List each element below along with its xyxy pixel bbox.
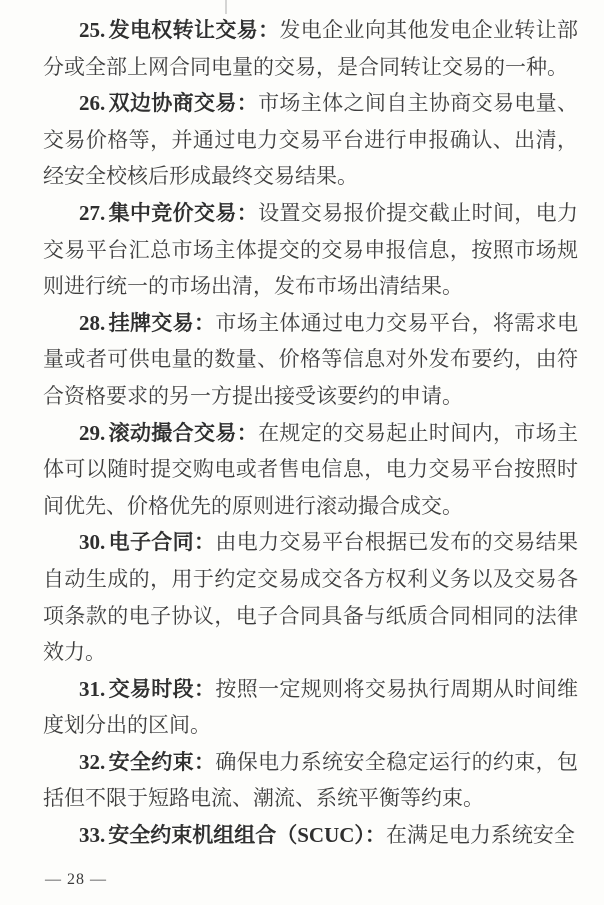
item-definition: 在满足电力系统安全 (386, 823, 575, 847)
item-term: 发电权转让交易： (108, 18, 279, 42)
item-number: 28. (79, 311, 105, 335)
document-body: 25.发电权转让交易：发电企业向其他发电企业转让部分或全部上网合同电量的交易，是… (43, 12, 578, 854)
item-number: 32. (79, 750, 105, 774)
item-number: 31. (79, 677, 105, 701)
item-number: 27. (79, 201, 105, 225)
item-term: 滚动撮合交易： (108, 421, 258, 445)
item-term: 交易时段： (108, 677, 215, 701)
item-term: 安全约束机组组合（SCUC）： (108, 823, 386, 847)
definition-item-32: 32.安全约束：确保电力系统安全稳定运行的约束，包括但不限于短路电流、潮流、系统… (43, 744, 578, 817)
item-number: 26. (79, 91, 105, 115)
definition-item-28: 28.挂牌交易：市场主体通过电力交易平台，将需求电量或者可供电量的数量、价格等信… (43, 305, 578, 415)
item-number: 25. (79, 18, 105, 42)
definition-item-25: 25.发电权转让交易：发电企业向其他发电企业转让部分或全部上网合同电量的交易，是… (43, 12, 578, 85)
item-number: 33. (79, 823, 105, 847)
item-number: 30. (79, 530, 105, 554)
definition-item-31: 31.交易时段：按照一定规则将交易执行周期从时间维度划分出的区间。 (43, 671, 578, 744)
definition-item-29: 29.滚动撮合交易：在规定的交易起止时间内，市场主体可以随时提交购电或者售电信息… (43, 415, 578, 525)
item-term: 挂牌交易： (108, 311, 215, 335)
item-term: 安全约束： (108, 750, 215, 774)
page-number: — 28 — (45, 869, 107, 891)
definition-item-26: 26.双边协商交易：市场主体之间自主协商交易电量、交易价格等，并通过电力交易平台… (43, 85, 578, 195)
definition-item-30: 30.电子合同：由电力交易平台根据已发布的交易结果自动生成的，用于约定交易成交各… (43, 524, 578, 670)
document-page: 25.发电权转让交易：发电企业向其他发电企业转让部分或全部上网合同电量的交易，是… (0, 0, 604, 905)
item-number: 29. (79, 421, 105, 445)
item-term: 电子合同： (108, 530, 215, 554)
item-term: 双边协商交易： (108, 91, 258, 115)
item-term: 集中竞价交易： (108, 201, 258, 225)
definition-item-27: 27.集中竞价交易：设置交易报价提交截止时间，电力交易平台汇总市场主体提交的交易… (43, 195, 578, 305)
definition-item-33: 33.安全约束机组组合（SCUC）：在满足电力系统安全 (43, 817, 578, 854)
